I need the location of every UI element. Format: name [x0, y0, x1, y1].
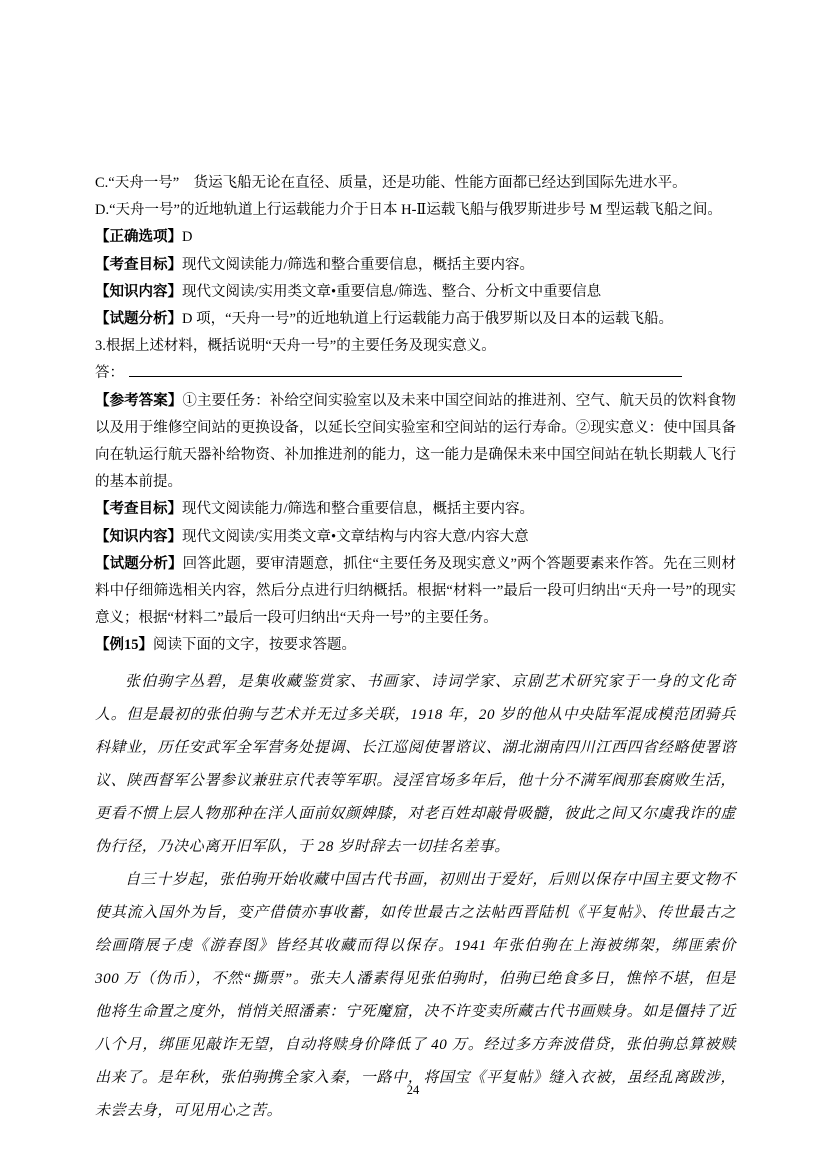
q2-knowledge-text: 现代文阅读/实用类文章•重要信息/筛选、整合、分析文中重要信息: [182, 284, 601, 300]
q3-analysis-label: 【试题分析】: [95, 556, 183, 572]
q3-exam-target-label: 【考查目标】: [95, 501, 182, 517]
question3-stem: 3.根据上述材料，概括说明“天舟一号”的主要任务及现实意义。: [95, 333, 736, 360]
page-content: C.“天舟一号” 货运飞船无论在直径、质量，还是功能、性能方面都已经达到国际先进…: [95, 170, 736, 1128]
q3-analysis-text: 回答此题，要审清题意，抓住“主要任务及现实意义”两个答题要素来作答。先在三则材料…: [95, 556, 736, 626]
example15-intro: 阅读下面的文字，按要求答题。: [153, 637, 356, 653]
correct-option-label: 【正确选项】: [95, 229, 182, 245]
q3-knowledge: 【知识内容】现代文阅读/实用类文章•文章结构与内容大意/内容大意: [95, 524, 736, 551]
correct-option-value: D: [182, 229, 192, 245]
page-footer: 24: [0, 1082, 826, 1098]
q3-reference-answer-text: ①主要任务：补给空间实验室以及未来中国空间站的推进剂、空气、航天员的饮料食物以及…: [95, 393, 736, 491]
q2-analysis: 【试题分析】D 项，“天舟一号”的近地轨道上行运载能力高于俄罗斯以及日本的运载飞…: [95, 306, 736, 333]
passage-paragraph-1: 张伯驹字丛碧，是集收藏鉴赏家、书画家、诗词学家、京剧艺术研究家于一身的文化奇人。…: [95, 666, 736, 864]
answer-blank-line: [129, 362, 682, 377]
q2-exam-target-label: 【考查目标】: [95, 257, 182, 273]
q2-knowledge: 【知识内容】现代文阅读/实用类文章•重要信息/筛选、整合、分析文中重要信息: [95, 279, 736, 306]
q3-reference-answer-label: 【参考答案】: [95, 393, 182, 409]
q2-exam-target-text: 现代文阅读能力/筛选和整合重要信息，概括主要内容。: [182, 257, 534, 273]
q3-reference-answer: 【参考答案】①主要任务：补给空间实验室以及未来中国空间站的推进剂、空气、航天员的…: [95, 388, 736, 497]
q2-knowledge-label: 【知识内容】: [95, 284, 182, 300]
answer-prefix: 答：: [95, 365, 124, 381]
q2-exam-target: 【考查目标】现代文阅读能力/筛选和整合重要信息，概括主要内容。: [95, 252, 736, 279]
example15-label: 【例15】: [95, 637, 153, 653]
option-d: D.“天舟一号”的近地轨道上行运载能力介于日本 H-Ⅱ运载飞船与俄罗斯进步号 M…: [95, 197, 736, 224]
example15-heading: 【例15】阅读下面的文字，按要求答题。: [95, 632, 736, 659]
document-page: C.“天舟一号” 货运飞船无论在直径、质量，还是功能、性能方面都已经达到国际先进…: [0, 0, 826, 1169]
q3-exam-target-text: 现代文阅读能力/筛选和整合重要信息，概括主要内容。: [182, 501, 534, 517]
q3-exam-target: 【考查目标】现代文阅读能力/筛选和整合重要信息，概括主要内容。: [95, 496, 736, 523]
option-c: C.“天舟一号” 货运飞船无论在直径、质量，还是功能、性能方面都已经达到国际先进…: [95, 170, 736, 197]
q3-knowledge-text: 现代文阅读/实用类文章•文章结构与内容大意/内容大意: [182, 529, 529, 545]
page-number: 24: [407, 1083, 420, 1097]
q3-knowledge-label: 【知识内容】: [95, 529, 182, 545]
answer-line: 答：: [95, 360, 736, 387]
q2-analysis-label: 【试题分析】: [95, 311, 182, 327]
correct-option: 【正确选项】D: [95, 224, 736, 251]
q2-analysis-text: D 项，“天舟一号”的近地轨道上行运载能力高于俄罗斯以及日本的运载飞船。: [182, 311, 673, 327]
q3-analysis: 【试题分析】回答此题，要审清题意，抓住“主要任务及现实意义”两个答题要素来作答。…: [95, 551, 736, 633]
